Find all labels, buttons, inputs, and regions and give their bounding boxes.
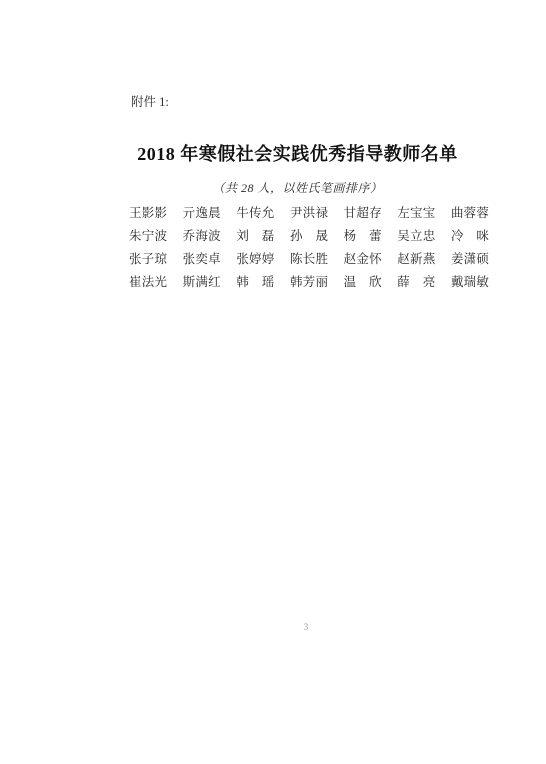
teacher-name: 张奕卓 — [183, 248, 221, 271]
teacher-name: 韩芳丽 — [290, 271, 328, 294]
teacher-name: 韩瑶 — [236, 271, 274, 294]
teacher-name: 张子琼 — [129, 248, 167, 271]
teacher-name-row: 王影影亓逸晨牛传允尹洪禄甘超存左宝宝曲蓉蓉 — [129, 202, 489, 225]
teacher-name: 冷咪 — [451, 225, 489, 248]
teacher-name: 刘磊 — [236, 225, 274, 248]
teacher-name: 王影影 — [129, 202, 167, 225]
document-title: 2018 年寒假社会实践优秀指导教师名单 — [105, 142, 490, 166]
teacher-name-row: 崔法光斯满红韩瑶韩芳丽温欣薛亮戴瑞敏 — [129, 271, 489, 294]
teacher-name: 孙晟 — [290, 225, 328, 248]
teacher-name: 崔法光 — [129, 271, 167, 294]
document-subtitle: （共 28 人，以姓氏笔画排序） — [105, 180, 490, 196]
teacher-name: 杨蕾 — [344, 225, 382, 248]
teacher-name: 陈长胜 — [290, 248, 328, 271]
page-number: 3 — [296, 621, 316, 633]
teacher-name: 薛亮 — [397, 271, 435, 294]
teacher-name: 曲蓉蓉 — [451, 202, 489, 225]
teacher-name: 赵新燕 — [397, 248, 435, 271]
teacher-name: 亓逸晨 — [183, 202, 221, 225]
attachment-label: 附件 1: — [131, 95, 169, 109]
teacher-name: 甘超存 — [344, 202, 382, 225]
teacher-name: 温欣 — [344, 271, 382, 294]
teacher-name: 姜潇硕 — [451, 248, 489, 271]
teacher-name: 戴瑞敏 — [451, 271, 489, 294]
teacher-name: 左宝宝 — [397, 202, 435, 225]
document-page: 附件 1: 2018 年寒假社会实践优秀指导教师名单 （共 28 人，以姓氏笔画… — [0, 0, 546, 764]
teacher-name: 尹洪禄 — [290, 202, 328, 225]
teacher-name: 乔海波 — [183, 225, 221, 248]
teacher-name-row: 张子琼张奕卓张婷婷陈长胜赵金怀赵新燕姜潇硕 — [129, 248, 489, 271]
teacher-name: 斯满红 — [183, 271, 221, 294]
teacher-name: 朱宁波 — [129, 225, 167, 248]
teacher-name: 赵金怀 — [344, 248, 382, 271]
teacher-name: 张婷婷 — [236, 248, 274, 271]
teacher-name: 吴立忠 — [397, 225, 435, 248]
teacher-name: 牛传允 — [236, 202, 274, 225]
teacher-name-row: 朱宁波乔海波刘磊孙晟杨蕾吴立忠冷咪 — [129, 225, 489, 248]
teacher-name-list: 王影影亓逸晨牛传允尹洪禄甘超存左宝宝曲蓉蓉朱宁波乔海波刘磊孙晟杨蕾吴立忠冷咪张子… — [129, 202, 489, 294]
